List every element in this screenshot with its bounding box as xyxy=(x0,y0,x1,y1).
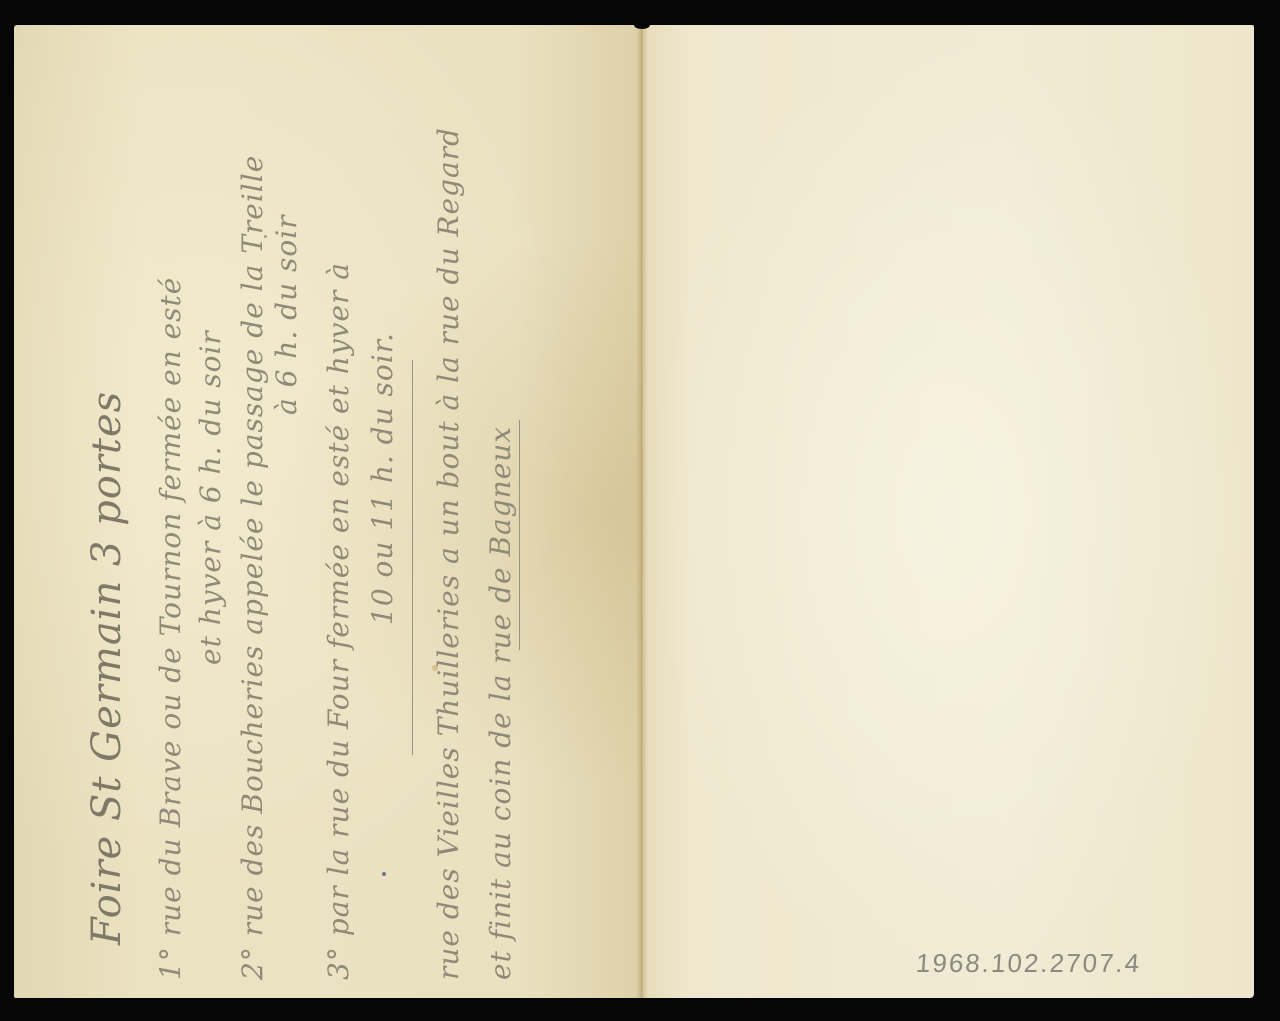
left-page: Foire St Germain 3 portes 1° rue du Brav… xyxy=(14,25,642,998)
catalog-number: 1968.102.2707.4 xyxy=(915,948,1142,979)
handwritten-line-4: à 6 h. du soir xyxy=(270,214,303,415)
handwritten-line-5: 3° par la rue du Four fermée en esté et … xyxy=(322,262,355,980)
handwritten-line-3: 2° rue des Boucheries appelée le passage… xyxy=(236,155,269,980)
handwritten-title: Foire St Germain 3 portes xyxy=(84,391,130,945)
underline-rule xyxy=(519,420,520,650)
handwritten-line-7: rue des Vieilles Thuilleries a un bout à… xyxy=(432,127,465,980)
separator-rule xyxy=(412,360,413,755)
page-fold xyxy=(636,25,648,998)
handwritten-line-6: 10 ou 11 h. du soir. xyxy=(366,332,399,625)
handwritten-text-block: Foire St Germain 3 portes 1° rue du Brav… xyxy=(14,25,642,998)
handwritten-line-8: et finit au coin de la rue de Bagneux xyxy=(484,426,517,980)
handwritten-line-2: et hyver à 6 h. du soir xyxy=(194,330,227,665)
scan-background: Foire St Germain 3 portes 1° rue du Brav… xyxy=(0,0,1280,1021)
folded-sheet: Foire St Germain 3 portes 1° rue du Brav… xyxy=(14,25,1254,998)
right-page xyxy=(642,25,1254,998)
handwritten-line-1: 1° rue du Brave ou de Tournon fermée en … xyxy=(154,277,187,980)
